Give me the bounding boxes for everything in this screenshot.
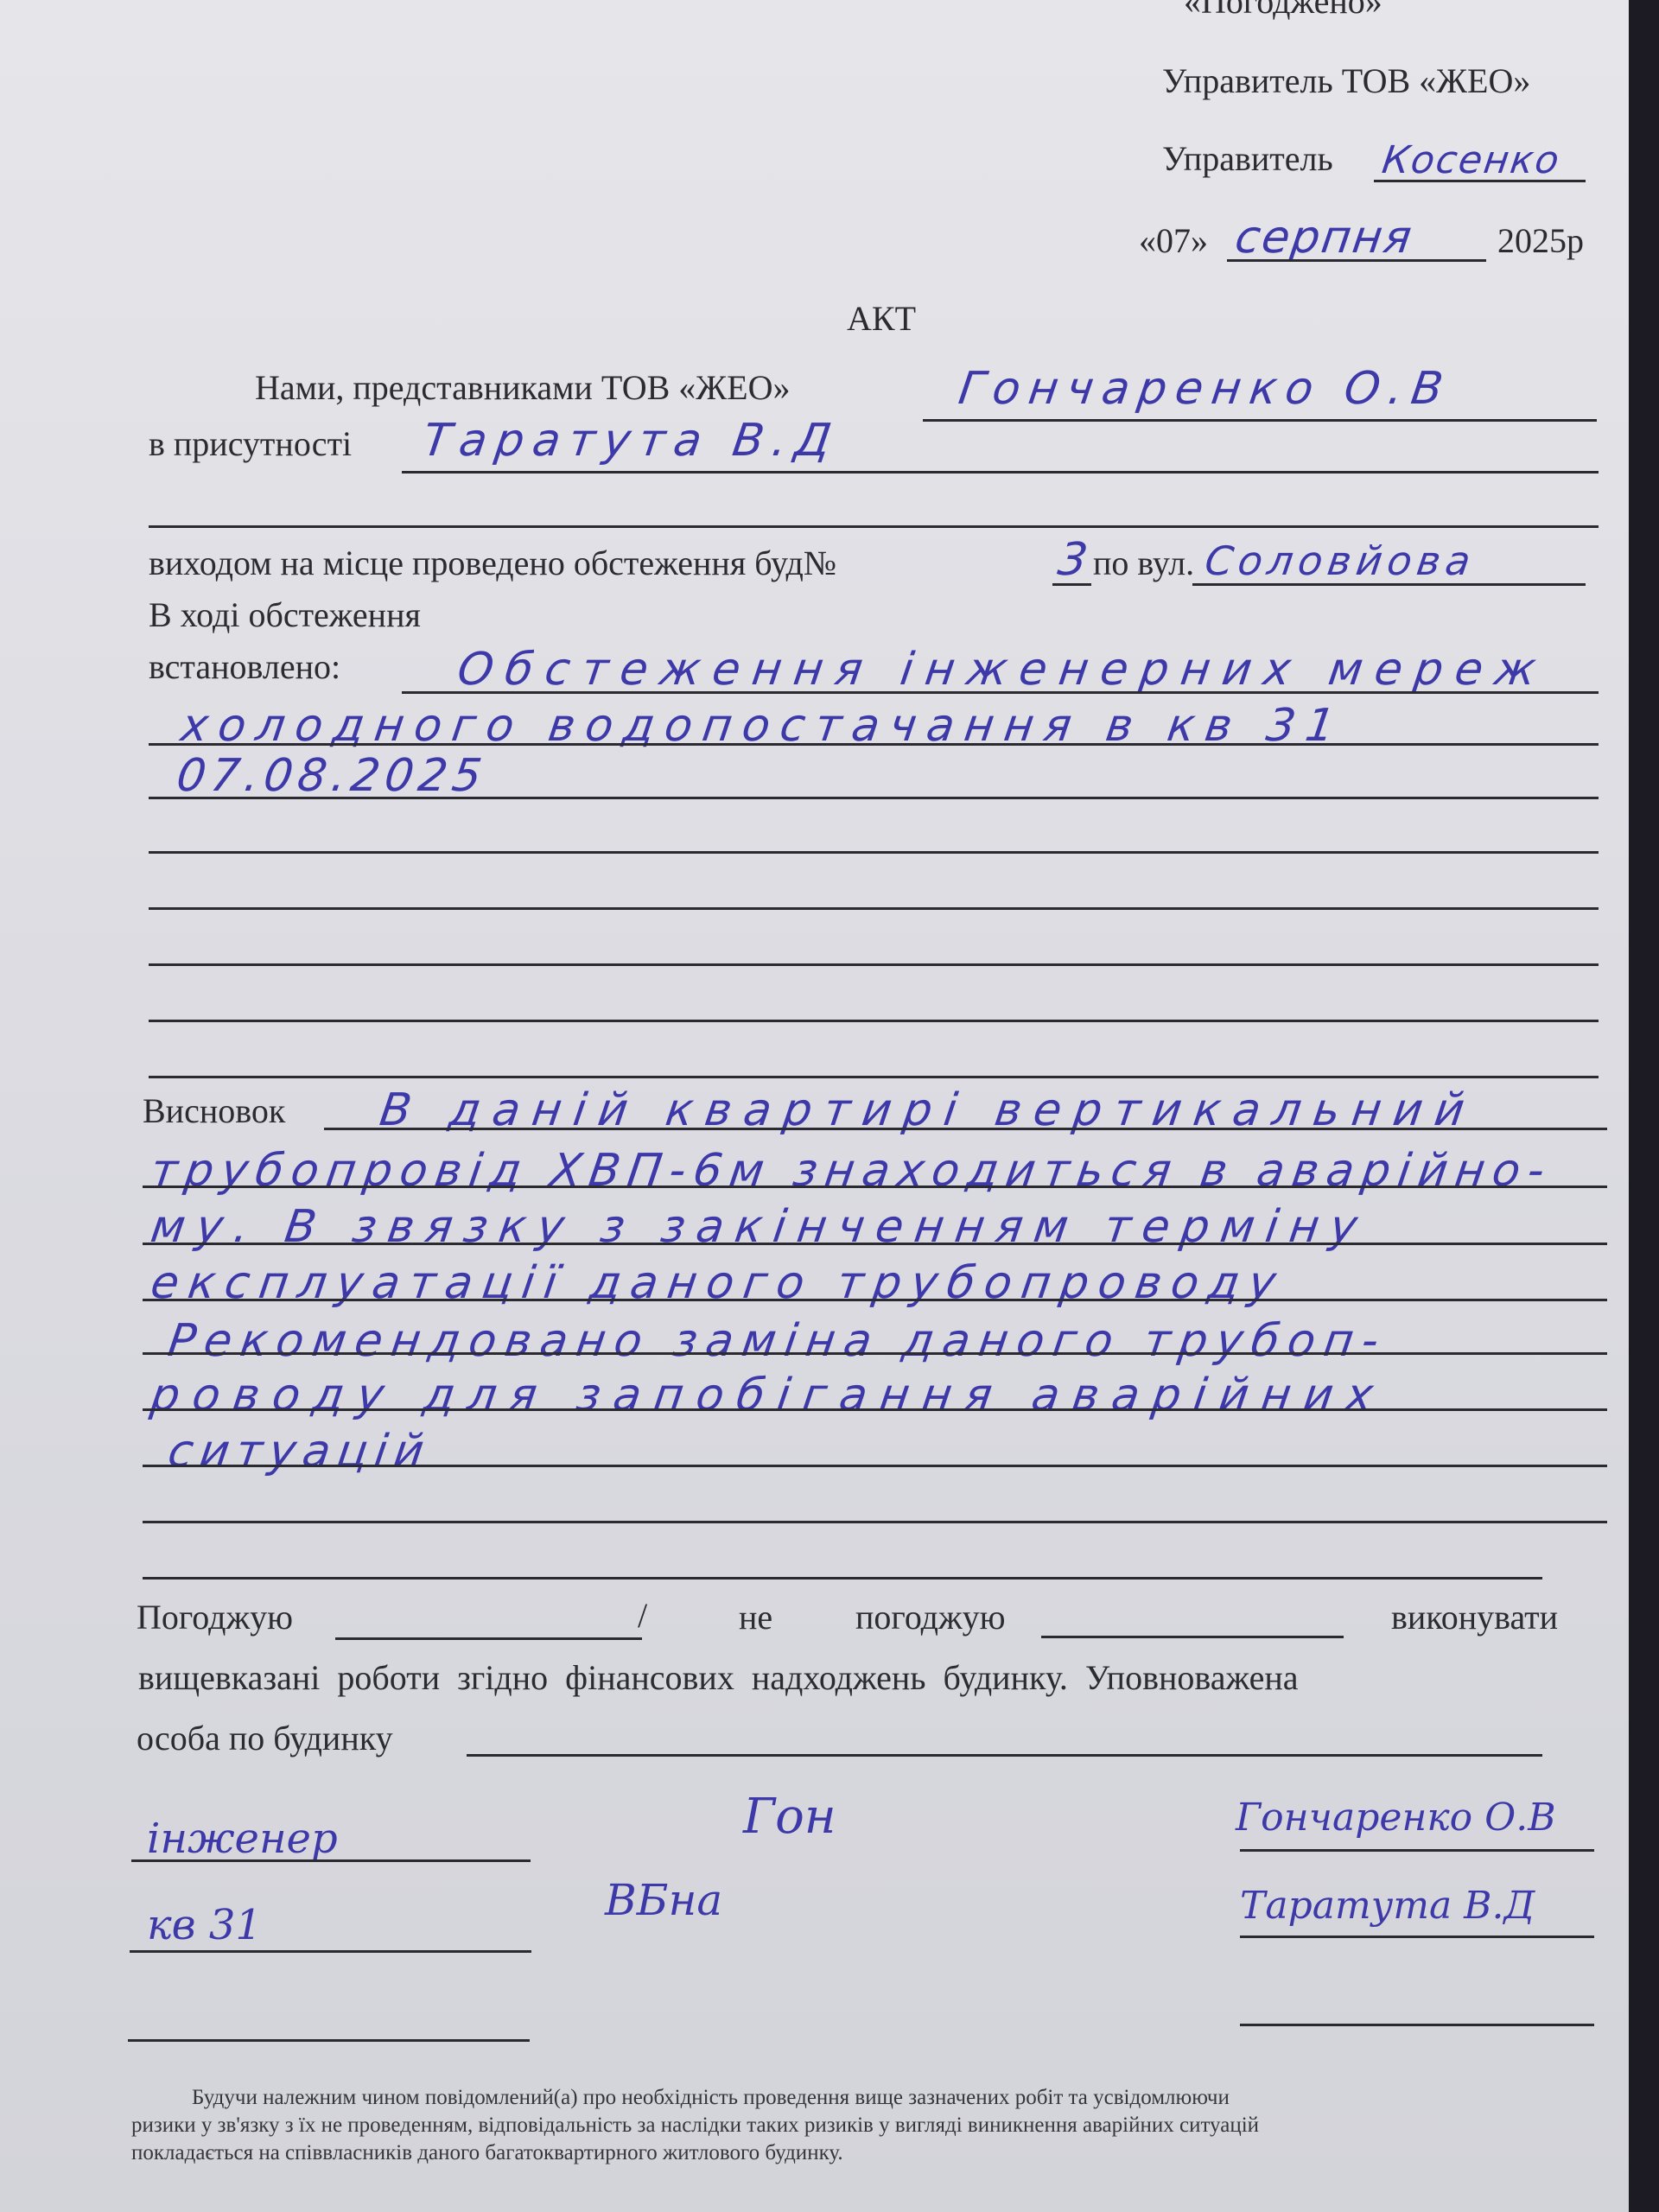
- conclusion-line-4: експлуатації даного трубопроводу: [148, 1257, 1289, 1309]
- conclusion-rule-9: [143, 1577, 1542, 1580]
- agree-separator: /: [638, 1595, 647, 1636]
- conclusion-rule-3: [143, 1243, 1607, 1245]
- conclusion-rule-4: [143, 1299, 1607, 1301]
- conclusion-line-2: трубопровід ХВП-6м знаходиться в аварійн…: [148, 1145, 1555, 1197]
- manager-signature-line: [1374, 180, 1586, 182]
- signature-left-rule-3: [128, 2039, 530, 2042]
- agree-signature-field[interactable]: [335, 1637, 642, 1640]
- blank-rule-1: [149, 851, 1599, 854]
- blank-line: [149, 525, 1599, 528]
- conclusion-rule-7: [143, 1465, 1607, 1467]
- act-title: АКТ: [847, 298, 916, 339]
- blank-rule-3: [149, 963, 1599, 966]
- approval-date-year: 2025р: [1497, 220, 1584, 261]
- representatives-label: Нами, представниками ТОВ «ЖЕО»: [255, 367, 790, 408]
- signature-middle-1: Гон: [743, 1789, 836, 1845]
- conclusion-line-6: роводу для запобігання аварійних: [148, 1370, 1389, 1421]
- established-label: встановлено:: [149, 646, 340, 687]
- blank-rule-4: [149, 1020, 1599, 1022]
- blank-rule-5: [149, 1076, 1599, 1078]
- signature-right-rule-3: [1240, 2024, 1594, 2026]
- street-line: [1192, 583, 1586, 586]
- document-page: «Погоджено» Управитель ТОВ «ЖЕО» Управит…: [0, 0, 1629, 2212]
- footer-notice-3: покладається на співвласників даного баг…: [131, 2139, 843, 2167]
- approval-date-day: «07»: [1139, 220, 1208, 261]
- manager-label: Управитель: [1162, 138, 1333, 179]
- representatives-line: [923, 419, 1597, 422]
- signature-right-rule-2: [1240, 1935, 1594, 1938]
- footer-notice-1: Будучи належним чином повідомлений(а) пр…: [192, 2084, 1230, 2112]
- signature-left-1: інженер: [147, 1815, 338, 1863]
- not-label: не: [739, 1597, 772, 1637]
- conclusion-rule-2: [143, 1185, 1607, 1188]
- conclusion-rule-1: [324, 1128, 1607, 1130]
- established-rule-3: [149, 797, 1599, 799]
- agree-label: Погоджую: [137, 1597, 293, 1637]
- presence-value: Таратута В.Д: [420, 415, 843, 467]
- disagree-label: погоджую: [855, 1597, 1006, 1637]
- approval-heading: «Погоджено»: [1184, 0, 1382, 22]
- established-rule-2: [149, 743, 1599, 746]
- conclusion-rule-5: [143, 1352, 1607, 1355]
- conclusion-line-3: му. В звязку з закінченням терміну: [148, 1201, 1372, 1253]
- signature-left-rule-1: [131, 1859, 531, 1862]
- approval-position: Управитель ТОВ «ЖЕО»: [1162, 60, 1530, 101]
- representatives-value: Гончаренко О.В: [956, 363, 1455, 415]
- agreement-line-2: вищевказані роботи згідно фінансових над…: [138, 1657, 1299, 1698]
- conclusion-rule-8: [143, 1521, 1607, 1523]
- disagree-signature-field[interactable]: [1041, 1636, 1344, 1638]
- street-value: Соловйова: [1202, 537, 1478, 584]
- manager-signature: Косенко: [1379, 138, 1563, 182]
- execute-label: виконувати: [1391, 1597, 1558, 1637]
- street-label: по вул.: [1093, 543, 1194, 583]
- conclusion-label: Висновок: [143, 1090, 285, 1131]
- established-rule-1: [402, 691, 1599, 694]
- conclusion-rule-6: [143, 1408, 1607, 1411]
- presence-line: [402, 471, 1599, 474]
- approval-date-month: серпня: [1232, 212, 1416, 264]
- signature-middle-2: ВБна: [605, 1875, 722, 1925]
- conclusion-line-5: Рекомендовано заміна даного трубоп-: [165, 1315, 1390, 1367]
- authorized-label: особа по будинку: [137, 1718, 393, 1758]
- blank-rule-2: [149, 907, 1599, 910]
- signature-left-2: кв 31: [147, 1901, 262, 1949]
- signature-left-rule-2: [130, 1950, 531, 1953]
- building-number: 3: [1055, 534, 1091, 586]
- building-number-line: [1052, 583, 1091, 586]
- inspection-label: виходом на місце проведено обстеження бу…: [149, 543, 836, 583]
- presence-label: в присутності: [149, 423, 352, 464]
- signature-right-rule-1: [1240, 1849, 1594, 1852]
- approval-date-line: [1227, 259, 1486, 262]
- authorized-signature-field[interactable]: [467, 1754, 1542, 1757]
- signature-right-1: Гончаренко О.В: [1236, 1796, 1556, 1840]
- during-label: В ході обстеження: [149, 594, 421, 635]
- signature-right-2: Таратута В.Д: [1240, 1884, 1535, 1928]
- footer-notice-2: ризики у зв'язку з їх не проведенням, ві…: [131, 2112, 1259, 2139]
- conclusion-line-7: ситуацій: [165, 1426, 434, 1478]
- established-line-3: 07.08.2025: [174, 750, 490, 802]
- page-edge-background: [1629, 0, 1659, 2212]
- established-line-1: Обстеження інженерних мереж: [454, 644, 1551, 696]
